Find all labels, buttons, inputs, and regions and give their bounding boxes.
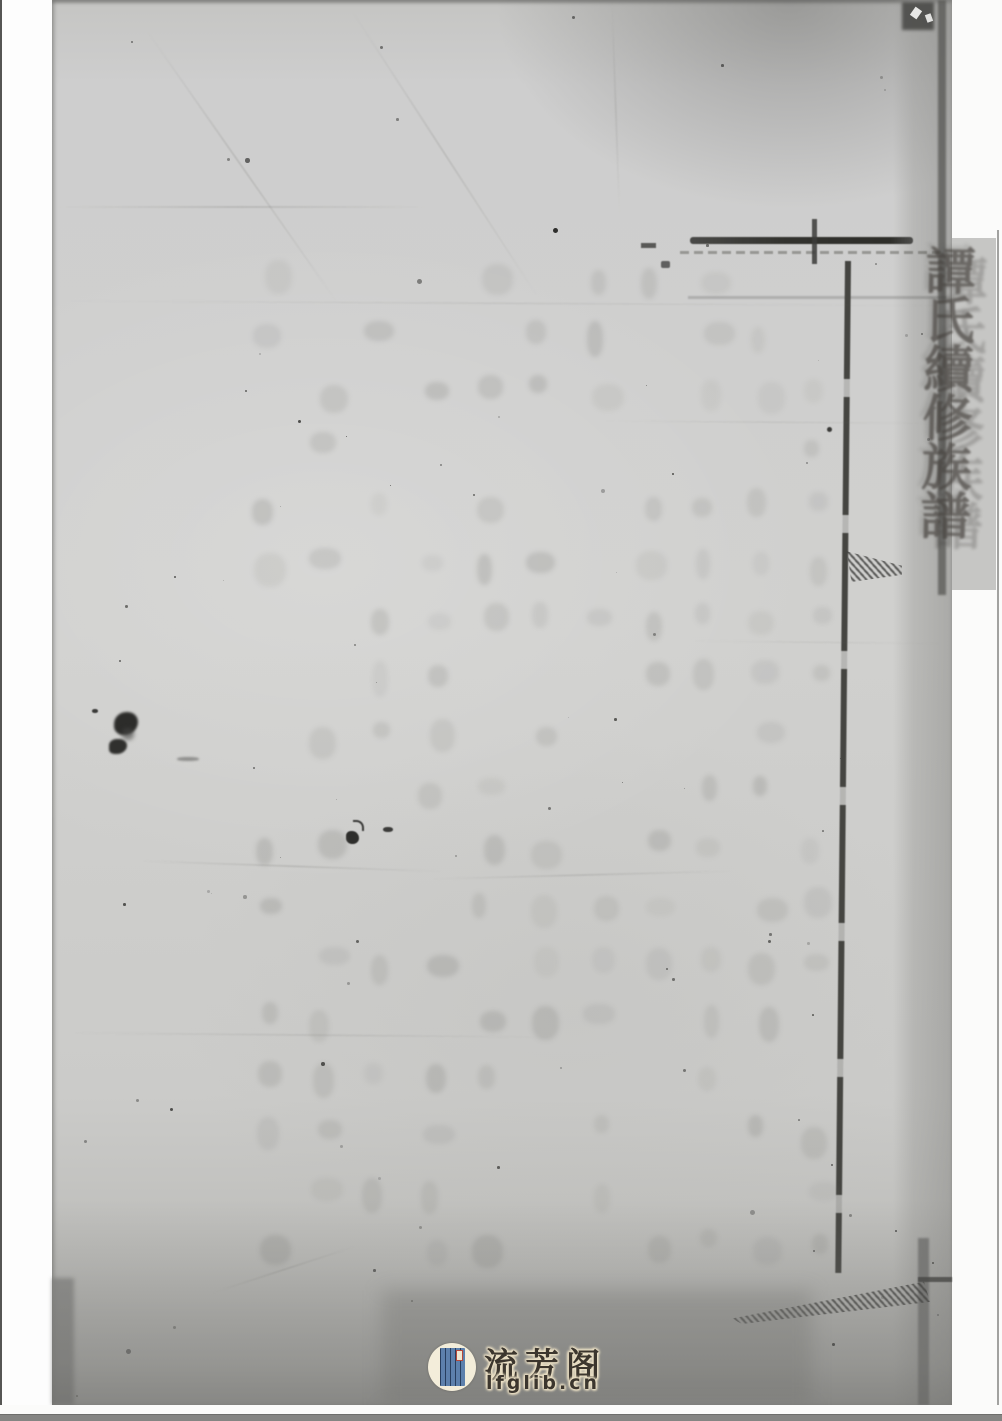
bleed-through-mark	[319, 947, 350, 965]
bleed-through-mark	[646, 948, 672, 980]
bleed-through-mark	[696, 838, 720, 857]
bleed-through-mark	[260, 1235, 291, 1265]
paper-speck	[498, 416, 500, 418]
squiggle-dash	[383, 827, 393, 832]
ink-wedge-under-title	[847, 546, 902, 582]
paper-speck	[684, 788, 685, 789]
paper-speck	[211, 893, 212, 894]
bleed-through-mark	[418, 783, 442, 809]
bleed-through-mark	[423, 1125, 455, 1144]
bleed-through-mark	[364, 1063, 383, 1084]
paper-speck	[356, 940, 359, 943]
bleed-through-mark	[701, 380, 721, 411]
bleed-through-mark	[592, 947, 615, 973]
bleed-through-mark	[372, 661, 388, 697]
paper-speck	[280, 857, 281, 858]
bleed-through-mark	[262, 1002, 278, 1024]
bleed-through-mark	[256, 838, 273, 865]
paper-speck	[346, 436, 347, 437]
bleed-through-mark	[757, 898, 788, 922]
paper-speck	[378, 1177, 381, 1180]
bleed-through-mark	[532, 1006, 559, 1040]
bleed-through-mark	[371, 955, 388, 985]
bleed-through-mark	[646, 662, 670, 686]
bleed-through-mark	[531, 841, 562, 869]
genealogy-title-char: 譚	[914, 247, 987, 297]
bleed-through-mark	[801, 1127, 827, 1159]
bleed-through-mark	[758, 382, 785, 414]
paper-crease	[62, 300, 942, 307]
bleed-through-mark	[427, 1240, 447, 1266]
bleed-through-mark	[480, 1011, 506, 1032]
paper-speck	[347, 982, 350, 985]
paper-speck	[881, 1296, 884, 1299]
bleed-through-mark	[701, 272, 731, 294]
bleed-through-mark	[759, 1007, 779, 1042]
paper-speck	[831, 1164, 833, 1166]
bleed-through-mark	[478, 375, 503, 399]
bleed-through-mark	[804, 440, 819, 457]
bleed-through-mark	[318, 1120, 342, 1139]
paper-speck	[243, 895, 247, 899]
left-scan-margin	[0, 0, 52, 1421]
paper-speck	[340, 1145, 343, 1148]
paper-speck	[884, 89, 886, 91]
bleed-through-mark	[592, 384, 624, 411]
paper-speck	[126, 1349, 131, 1354]
squiggle-blot	[346, 831, 359, 844]
paper-speck	[721, 64, 724, 67]
bleed-through-mark	[753, 776, 767, 796]
bleed-through-mark	[801, 838, 819, 864]
paper-speck	[798, 1119, 800, 1121]
paper-speck	[614, 718, 617, 721]
paper-speck	[207, 890, 210, 893]
scanner-bed-bottom-bar	[0, 1414, 1002, 1421]
paper-speck	[473, 494, 475, 496]
site-watermark: 流芳阁 lfglib.cn	[426, 1338, 606, 1402]
paper-speck	[666, 968, 668, 970]
bleed-through-mark	[646, 898, 675, 916]
bleed-through-mark	[648, 830, 671, 851]
bleed-through-mark	[477, 497, 504, 523]
paper-speck	[321, 1062, 325, 1066]
right-dark-line-bottom	[918, 1238, 929, 1405]
paper-crease	[142, 860, 442, 872]
frame-top-faint-line	[688, 296, 946, 299]
paper-crease	[57, 206, 427, 208]
single-dot2	[827, 427, 832, 432]
bleed-through-mark	[812, 1234, 828, 1254]
bleed-through-mark	[532, 602, 548, 628]
bleed-through-mark	[373, 722, 390, 738]
bleed-through-mark	[696, 549, 710, 579]
paper-speck	[768, 940, 771, 943]
bleed-through-mark	[430, 719, 455, 752]
bleed-through-mark	[309, 727, 336, 759]
bleed-through-mark	[260, 898, 282, 914]
paper-sheet: 譚 氏 續 修 族 譜	[52, 0, 952, 1405]
bleed-through-mark	[531, 895, 557, 928]
right-edge-line	[997, 230, 999, 1421]
paper-speck	[880, 76, 883, 79]
frame-cross-tick	[812, 219, 817, 264]
bleed-through-mark	[422, 555, 443, 571]
bleed-through-mark	[478, 778, 505, 795]
bleed-through-mark	[364, 321, 394, 341]
ink-streak	[177, 757, 199, 761]
paper-speck	[806, 462, 808, 464]
bottom-right-dash	[918, 1277, 952, 1282]
paper-speck	[354, 644, 356, 646]
paper-speck	[131, 41, 133, 43]
paper-speck	[125, 605, 128, 608]
frame-top-border	[690, 237, 913, 244]
bleed-through-mark	[747, 488, 766, 517]
book-icon	[440, 1348, 465, 1386]
bleed-through-mark	[257, 1117, 279, 1150]
bleed-through-mark	[698, 1067, 716, 1091]
paper-speck	[769, 933, 772, 936]
paper-speck	[706, 244, 709, 247]
bleed-through-mark	[692, 498, 712, 517]
bleed-through-mark	[426, 1064, 446, 1093]
bleed-through-mark	[482, 264, 513, 295]
paper-speck	[616, 572, 617, 573]
paper-crease	[611, 1, 621, 216]
bleed-through-mark	[748, 1115, 763, 1137]
bleed-through-mark	[371, 493, 387, 515]
bleed-through-mark	[258, 1061, 282, 1087]
bleed-through-mark	[810, 557, 827, 586]
paper-speck	[245, 158, 250, 163]
paper-speck	[822, 830, 824, 832]
paper-crease	[602, 420, 942, 424]
bleed-through-mark	[693, 659, 714, 690]
bleed-through-mark	[484, 603, 509, 631]
paper-speck	[750, 1210, 755, 1215]
paper-speck	[174, 576, 176, 578]
bleed-through-mark	[362, 1178, 382, 1213]
bleed-through-mark	[702, 775, 717, 801]
frame-column-rule	[835, 261, 851, 1273]
bleed-through-mark	[648, 1236, 671, 1263]
bleed-through-mark	[594, 1184, 610, 1213]
bleed-through-mark	[254, 553, 286, 587]
paper-speck	[119, 660, 121, 662]
bleed-through-mark	[265, 260, 292, 294]
bleed-through-mark	[646, 612, 662, 641]
bleed-through-mark	[252, 499, 273, 525]
bleed-through-mark	[421, 1181, 438, 1214]
paper-speck	[376, 682, 377, 683]
single-dot	[553, 228, 558, 233]
paper-crease	[146, 30, 337, 301]
site-url: lfglib.cn	[486, 1372, 600, 1394]
bleed-through-mark	[587, 321, 603, 357]
bleed-through-mark	[704, 1005, 719, 1038]
paper-speck	[683, 1069, 686, 1072]
bleed-through-mark	[641, 268, 657, 299]
bleed-through-mark	[700, 1229, 717, 1247]
bleed-through-mark	[809, 1182, 839, 1201]
bleed-through-mark	[428, 613, 451, 630]
bleed-through-mark	[813, 665, 830, 681]
genealogy-title-char: 譜	[909, 492, 982, 542]
paper-speck	[84, 1140, 87, 1143]
squiggle-hook	[353, 820, 364, 831]
paper-speck	[440, 464, 442, 466]
paper-speck	[227, 158, 230, 161]
bleed-through-mark	[318, 830, 347, 859]
bleed-through-mark	[587, 609, 612, 626]
genealogy-title-char: 續	[912, 345, 985, 395]
paper-speck	[875, 263, 877, 265]
paper-crease	[351, 10, 538, 296]
paper-speck	[653, 633, 656, 636]
paper-speck	[245, 390, 247, 392]
genealogy-title-char: 修	[911, 394, 984, 444]
paper-speck	[646, 385, 647, 386]
bleed-through-mark	[484, 835, 505, 865]
bleed-through-mark	[309, 548, 341, 569]
bleed-through-mark	[591, 270, 606, 295]
paper-speck	[390, 485, 391, 486]
bleed-through-mark	[748, 611, 774, 635]
paper-speck	[572, 16, 575, 19]
bleed-through-mark	[536, 727, 557, 746]
paper-speck	[253, 767, 255, 769]
bleed-through-mark	[753, 1237, 782, 1265]
book-title-slip-icon	[456, 1350, 463, 1361]
paper-speck	[672, 473, 674, 475]
paper-speck	[932, 1262, 934, 1264]
bleed-through-mark	[427, 955, 459, 977]
bleed-through-mark	[428, 665, 448, 687]
bleed-through-mark	[804, 379, 823, 403]
paper-speck	[380, 46, 383, 49]
paper-speck	[396, 118, 399, 121]
paper-speck	[173, 1326, 176, 1329]
paper-speck	[497, 1166, 500, 1169]
bleed-through-mark	[813, 607, 832, 624]
bleed-through-mark	[636, 551, 667, 580]
paper-speck	[849, 1214, 852, 1217]
bottom-white-strip	[0, 1405, 1002, 1414]
bleed-through-mark	[477, 554, 492, 585]
bleed-through-mark	[309, 1010, 329, 1042]
paper-crease	[432, 870, 732, 880]
bleed-through-mark	[594, 896, 619, 921]
frame-left-tick	[641, 243, 656, 248]
genealogy-title-column: 譚 氏 續 修 族 譜	[909, 247, 987, 548]
frame-left-blob	[661, 261, 670, 268]
bleed-through-mark	[751, 327, 765, 353]
paper-speck	[259, 353, 261, 355]
paper-speck	[813, 1250, 815, 1252]
bleed-through-mark	[583, 1004, 615, 1024]
bleed-through-mark	[757, 722, 785, 743]
genealogy-title-char: 氏	[913, 296, 986, 346]
paper-speck	[76, 1395, 78, 1397]
ink-blot-large	[114, 712, 138, 735]
paper-speck	[123, 903, 126, 906]
bleed-through-mark	[534, 947, 559, 977]
scanned-page-viewport: 譚 氏 續 修 族 譜	[0, 0, 1002, 1421]
paper-speck	[170, 1108, 173, 1111]
bleed-through-mark	[753, 552, 769, 575]
bleed-through-mark	[425, 382, 449, 400]
genealogy-title-char: 族	[910, 443, 983, 493]
paper-speck	[812, 1014, 814, 1016]
bleed-through-mark	[809, 492, 828, 511]
paper-speck	[419, 1226, 422, 1229]
ink-blot-tail	[122, 728, 134, 740]
right-scan-margin	[952, 0, 1002, 1421]
bleed-through-mark	[310, 432, 336, 453]
ink-blot-small	[109, 739, 127, 754]
paper-speck	[905, 334, 908, 337]
left-edge-line	[0, 0, 2, 1421]
paper-speck	[807, 942, 810, 945]
bleed-through-mark	[804, 887, 832, 918]
bleed-through-mark	[313, 1063, 334, 1098]
paper-speck	[223, 580, 224, 581]
paper-speck	[895, 1230, 897, 1232]
paper-speck	[336, 799, 337, 800]
paper-speck	[937, 1314, 939, 1316]
bleed-through-mark	[478, 1065, 495, 1089]
bleed-through-mark	[748, 953, 775, 985]
paper-crease	[212, 1246, 355, 1294]
paper-speck	[568, 717, 569, 718]
bleed-through-mark	[253, 324, 281, 348]
bleed-through-mark	[529, 375, 547, 393]
bleed-through-mark	[311, 1178, 343, 1201]
bleed-through-mark	[526, 552, 555, 573]
paper-speck	[548, 807, 551, 810]
bleed-through-mark	[594, 1115, 609, 1133]
paper-speck	[832, 1343, 835, 1346]
ink-dot-pair	[92, 709, 98, 713]
paper-speck	[455, 855, 457, 857]
bleed-through-mark	[751, 660, 779, 684]
paper-speck	[280, 506, 281, 507]
bleed-through-mark	[526, 320, 546, 344]
watermark-badge	[428, 1343, 476, 1391]
bleed-through-mark	[701, 947, 721, 972]
bleed-through-mark	[472, 893, 486, 918]
paper-speck	[818, 360, 819, 361]
bleed-through-mark	[645, 497, 662, 521]
paper-speck	[672, 978, 675, 981]
bleed-through-mark	[371, 609, 389, 635]
bleed-through-mark	[695, 603, 710, 624]
paper-speck	[601, 489, 605, 493]
bleed-through-mark	[704, 322, 735, 345]
bleed-through-mark	[472, 1235, 503, 1268]
paper-speck	[560, 1067, 562, 1069]
bottom-left-edge-shadow	[52, 1278, 74, 1405]
bleed-through-mark	[320, 385, 348, 413]
paper-speck	[417, 279, 422, 284]
paper-speck	[136, 1099, 139, 1102]
paper-speck	[373, 1269, 376, 1272]
paper-crease	[72, 1032, 552, 1038]
paper-crease	[692, 640, 942, 645]
paper-speck	[298, 420, 301, 423]
bleed-through-mark	[804, 954, 829, 971]
paper-speck	[622, 782, 623, 783]
